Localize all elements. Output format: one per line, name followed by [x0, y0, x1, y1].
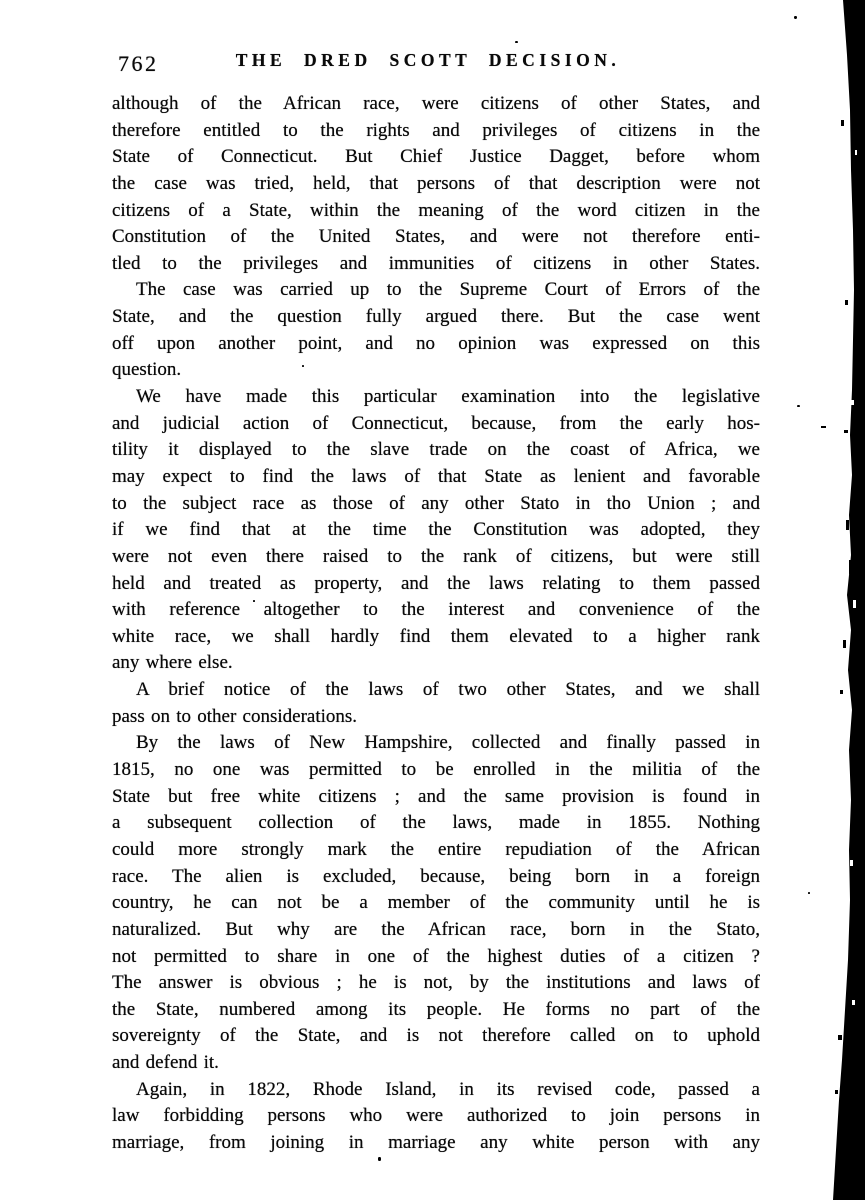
- text-line: naturalized. But why are the African rac…: [112, 917, 760, 944]
- text-line: State, and the question fully argued the…: [112, 304, 760, 331]
- text-line: question.: [112, 357, 760, 384]
- paragraph: By the laws of New Hampshire, collected …: [112, 730, 760, 1076]
- text-line: white race, we shall hardly find them el…: [112, 624, 760, 651]
- ink-speck: [794, 16, 797, 19]
- text-line: By the laws of New Hampshire, collected …: [112, 730, 760, 757]
- text-line: and judicial action of Connecticut, beca…: [112, 411, 760, 438]
- text-line: We have made this particular examination…: [112, 384, 760, 411]
- text-line: although of the African race, were citiz…: [112, 91, 760, 118]
- text-line: 1815, no one was permitted to be enrolle…: [112, 757, 760, 784]
- text-line: The answer is obvious ; he is not, by th…: [112, 970, 760, 997]
- ink-speck: [808, 892, 810, 894]
- paragraph: although of the African race, were citiz…: [112, 91, 760, 277]
- text-line: the case was tried, held, that persons o…: [112, 171, 760, 198]
- text-line: the State, numbered among its people. He…: [112, 997, 760, 1024]
- paragraph: The case was carried up to the Supreme C…: [112, 277, 760, 384]
- text-line: Constitution of the United States, and w…: [112, 224, 760, 251]
- text-line: off upon another point, and no opinion w…: [112, 331, 760, 358]
- book-page: 762 THE DRED SCOTT DECISION. although of…: [0, 0, 865, 1200]
- text-line: therefore entitled to the rights and pri…: [112, 118, 760, 145]
- text-line: were not even there raised to the rank o…: [112, 544, 760, 571]
- ink-speck: [253, 600, 255, 602]
- text-line: country, he can not be a member of the c…: [112, 890, 760, 917]
- text-line: marriage, from joining in marriage any w…: [112, 1130, 760, 1157]
- text-line: if we find that at the time the Constitu…: [112, 517, 760, 544]
- ink-speck: [378, 1157, 381, 1161]
- page-header: 762 THE DRED SCOTT DECISION.: [112, 50, 760, 78]
- text-line: held and treated as property, and the la…: [112, 571, 760, 598]
- text-line: law forbidding persons who were authoriz…: [112, 1103, 760, 1130]
- running-title: THE DRED SCOTT DECISION.: [112, 50, 760, 71]
- text-line: and defend it.: [112, 1050, 760, 1077]
- text-line: not permitted to share in one of the hig…: [112, 944, 760, 971]
- text-line: with reference altogether to the interes…: [112, 597, 760, 624]
- text-line: pass on to other considerations.: [112, 704, 760, 731]
- text-line: a subsequent collection of the laws, mad…: [112, 810, 760, 837]
- text-line: State of Connecticut. But Chief Justice …: [112, 144, 760, 171]
- text-line: may expect to find the laws of that Stat…: [112, 464, 760, 491]
- text-line: State but free white citizens ; and the …: [112, 784, 760, 811]
- text-line: any where else.: [112, 650, 760, 677]
- ink-speck: [797, 405, 800, 407]
- text-line: The case was carried up to the Supreme C…: [112, 277, 760, 304]
- text-block: although of the African race, were citiz…: [112, 91, 760, 1157]
- text-line: sovereignty of the State, and is not the…: [112, 1023, 760, 1050]
- text-line: to the subject race as those of any othe…: [112, 491, 760, 518]
- paragraph: Again, in 1822, Rhode Island, in its rev…: [112, 1077, 760, 1157]
- text-line: Again, in 1822, Rhode Island, in its rev…: [112, 1077, 760, 1104]
- scan-edge-artifact: [825, 0, 865, 1200]
- text-line: citizens of a State, within the meaning …: [112, 198, 760, 225]
- page-number: 762: [118, 51, 159, 77]
- paragraph: A brief notice of the laws of two other …: [112, 677, 760, 730]
- paragraph: We have made this particular examination…: [112, 384, 760, 677]
- text-line: could more strongly mark the entire repu…: [112, 837, 760, 864]
- text-line: A brief notice of the laws of two other …: [112, 677, 760, 704]
- text-line: tility it displayed to the slave trade o…: [112, 437, 760, 464]
- text-line: tled to the privileges and immunities of…: [112, 251, 760, 278]
- ink-speck: [302, 365, 304, 367]
- ink-speck: [821, 426, 826, 428]
- text-line: race. The alien is excluded, because, be…: [112, 864, 760, 891]
- ink-speck: [515, 41, 518, 43]
